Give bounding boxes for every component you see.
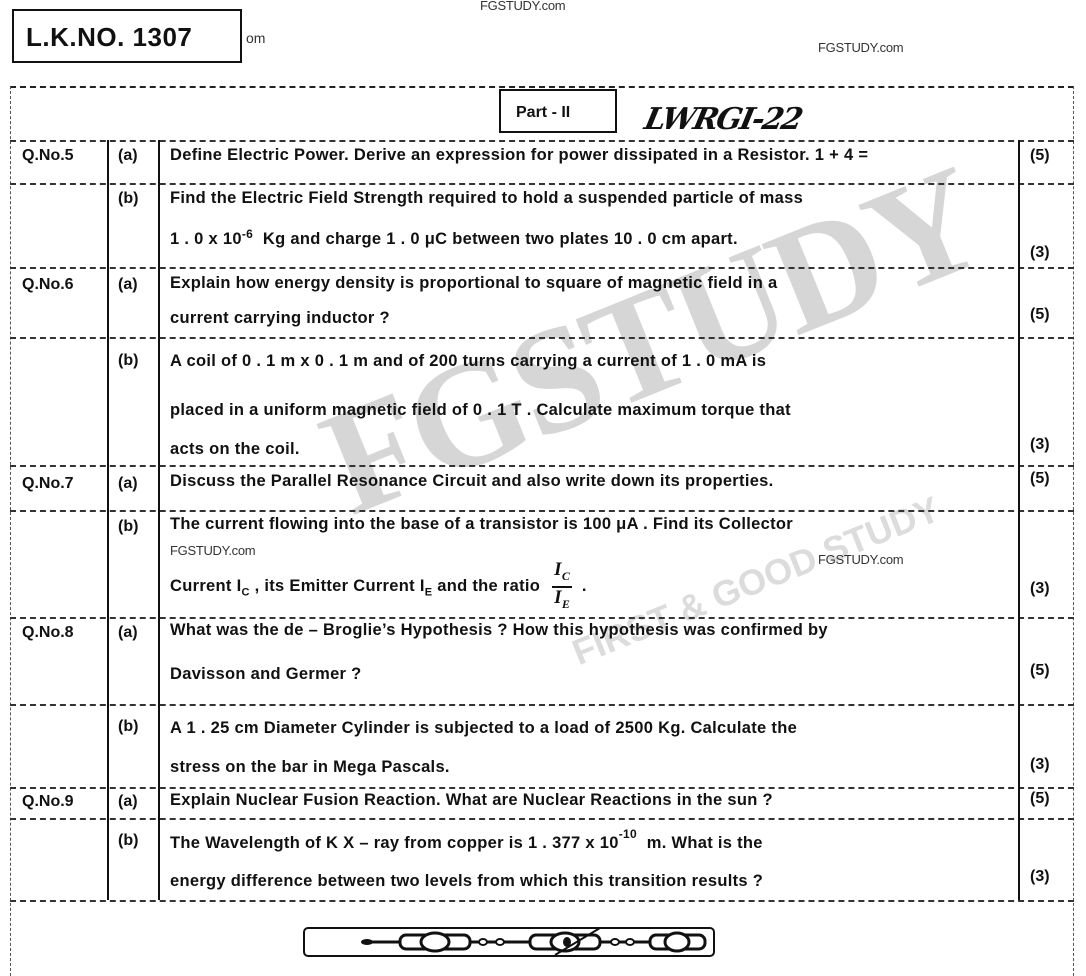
marks: (5) <box>1030 790 1050 808</box>
question-text: A coil of 0 . 1 m x 0 . 1 m and of 200 t… <box>170 352 766 371</box>
sub-label: (b) <box>118 718 138 736</box>
question-text: Current I <box>170 577 241 595</box>
ratio-fraction: ICIE <box>552 560 572 614</box>
question-text: Explain how energy density is proportion… <box>170 274 777 293</box>
marks: (3) <box>1030 580 1050 598</box>
question-text: Davisson and Germer ? <box>170 665 362 684</box>
question-text: Kg and charge 1 . 0 μC between two plate… <box>263 230 738 248</box>
sub-label: (a) <box>118 475 138 493</box>
exponent: -6 <box>242 227 253 241</box>
row-divider <box>10 704 1074 706</box>
subscript: C <box>241 586 249 598</box>
question-text-line: Current IC , its Emitter Current IE and … <box>170 560 587 614</box>
sub-label: (b) <box>118 352 138 370</box>
watermark-fragment: om <box>246 30 265 46</box>
question-text: stress on the bar in Mega Pascals. <box>170 758 450 777</box>
question-number: Q.No.5 <box>22 147 74 165</box>
marks: (5) <box>1030 662 1050 680</box>
question-text: What was the de – Broglie’s Hypothesis ?… <box>170 621 828 640</box>
question-number: Q.No.6 <box>22 276 74 294</box>
question-text-line: The Wavelength of K X – ray from copper … <box>170 834 763 853</box>
question-text: Discuss the Parallel Resonance Circuit a… <box>170 472 774 491</box>
row-divider <box>10 140 1074 142</box>
row-divider <box>10 787 1074 789</box>
lk-number: L.K.NO. 1307 <box>26 22 192 53</box>
denominator: I <box>554 587 562 608</box>
question-text: Explain Nuclear Fusion Reaction. What ar… <box>170 791 773 810</box>
column-divider <box>107 140 109 900</box>
sub-label: (a) <box>118 793 138 811</box>
site-watermark: FGSTUDY.com <box>170 543 255 558</box>
numerator: I <box>554 559 562 580</box>
sub-label: (b) <box>118 190 138 208</box>
part-title: Part - II <box>516 104 570 122</box>
question-text: 1 . 0 x 10 <box>170 230 242 248</box>
column-divider <box>1018 140 1020 900</box>
ornament-icon <box>305 929 713 955</box>
row-divider <box>10 818 1074 820</box>
numerator-sub: C <box>562 569 570 583</box>
question-text: The current flowing into the base of a t… <box>170 515 793 534</box>
sub-label: (a) <box>118 147 138 165</box>
marks: (3) <box>1030 436 1050 454</box>
marks: (5) <box>1030 470 1050 488</box>
marks: (5) <box>1030 306 1050 324</box>
question-text: , its Emitter Current I <box>250 577 425 595</box>
marks: (5) <box>1030 147 1050 165</box>
question-text: A 1 . 25 cm Diameter Cylinder is subject… <box>170 719 797 738</box>
question-text: acts on the coil. <box>170 440 300 459</box>
question-text: Find the Electric Field Strength require… <box>170 189 803 208</box>
handwritten-code: LWRGI-22 <box>641 102 804 137</box>
row-divider <box>10 900 1074 902</box>
sub-label: (a) <box>118 624 138 642</box>
marks: (3) <box>1030 868 1050 886</box>
row-divider <box>10 183 1074 185</box>
denominator-sub: E <box>562 597 570 611</box>
end-ornament <box>303 927 715 957</box>
question-text: Define Electric Power. Derive an express… <box>170 146 868 165</box>
row-divider <box>10 337 1074 339</box>
sub-label: (b) <box>118 518 138 536</box>
sub-label: (b) <box>118 832 138 850</box>
exponent: -10 <box>619 827 637 841</box>
question-number: Q.No.8 <box>22 624 74 642</box>
question-text: energy difference between two levels fro… <box>170 872 763 891</box>
marks: (3) <box>1030 756 1050 774</box>
question-number: Q.No.7 <box>22 475 74 493</box>
row-divider <box>10 267 1074 269</box>
question-text: current carrying inductor ? <box>170 309 390 328</box>
site-watermark: FGSTUDY.com <box>818 552 903 567</box>
site-watermark: FGSTUDY.com <box>818 40 903 55</box>
row-divider <box>10 617 1074 619</box>
question-text-line: 1 . 0 x 10-6 Kg and charge 1 . 0 μC betw… <box>170 230 738 249</box>
question-text: placed in a uniform magnetic field of 0 … <box>170 401 791 420</box>
question-text: and the ratio <box>432 577 540 595</box>
row-divider <box>10 465 1074 467</box>
marks: (3) <box>1030 244 1050 262</box>
sub-label: (a) <box>118 276 138 294</box>
row-divider <box>10 510 1074 512</box>
question-text: The Wavelength of K X – ray from copper … <box>170 834 619 852</box>
column-divider <box>158 140 160 900</box>
question-text: m. What is the <box>647 834 763 852</box>
site-watermark: FGSTUDY.com <box>480 0 565 13</box>
question-number: Q.No.9 <box>22 793 74 811</box>
